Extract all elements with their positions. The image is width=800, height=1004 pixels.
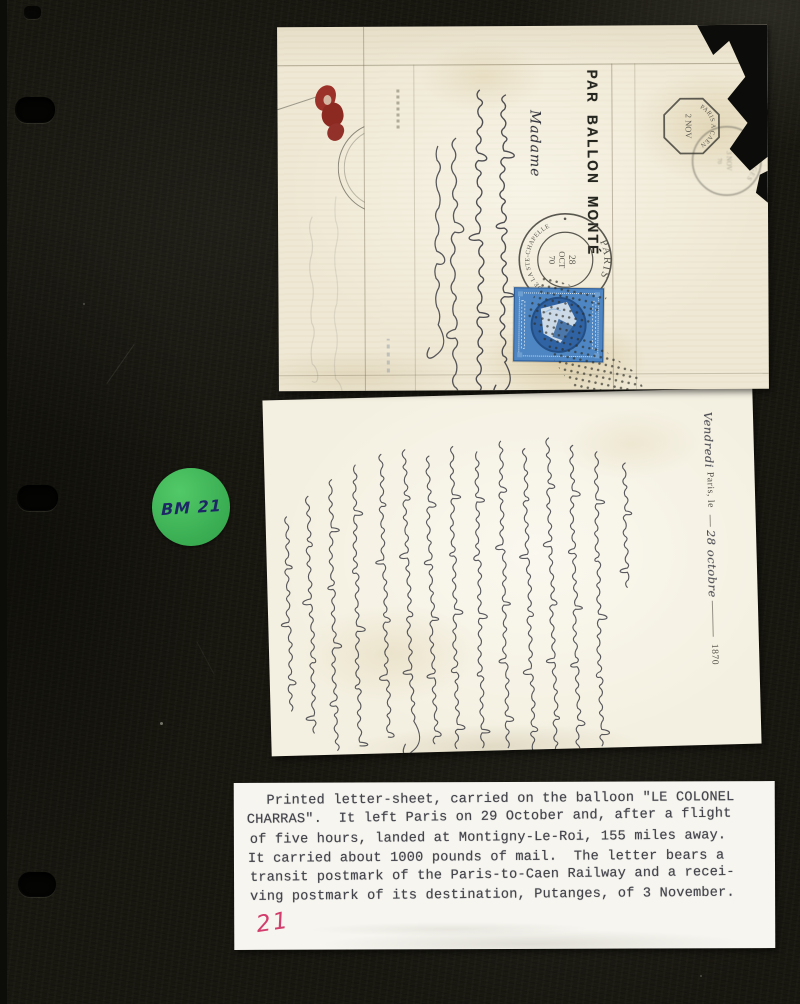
caption-line: ving postmark of its destination, Putang…: [250, 884, 775, 908]
dust-speck: [160, 722, 163, 725]
dust-speck: [83, 303, 85, 305]
binder-hole-top-partial: [24, 6, 41, 19]
sticker-label: BM 21: [161, 495, 222, 518]
arrival-year: 70: [716, 158, 722, 164]
dateline-day: Vendredi: [701, 412, 716, 469]
arrival-postmark: PUTANGES 3 NOV 70: [689, 123, 765, 199]
dateline-rule: [710, 515, 711, 527]
paris-cds-city: PARIS: [597, 238, 613, 281]
dateline-date: 28 octobre: [704, 530, 720, 598]
letter-address-side: PAR BALLON MONTÉ Madame PARIS R. DE LA S…: [277, 25, 769, 392]
page-left-edge: [0, 0, 7, 1004]
binder-hole: [15, 97, 55, 123]
item-number-handwritten: 21: [255, 907, 292, 937]
paris-cds-month: OCT: [557, 251, 567, 269]
dateline-rule: [712, 601, 714, 637]
caption-card: Printed letter-sheet, carried on the bal…: [234, 781, 776, 950]
paris-cds-year: 70: [547, 256, 557, 265]
address-salutation: Madame: [520, 110, 543, 210]
wax-seal: [315, 85, 349, 145]
letter-handwriting: [262, 388, 761, 757]
scratch-mark: [106, 344, 134, 384]
album-page-photo: Vendredi Paris, le 28 octobre 1870 PAR B…: [0, 0, 800, 1004]
dateline-printed-place: Paris, le: [704, 472, 715, 508]
arrival-town: PUTANGES: [745, 139, 759, 182]
dateline-printed-year: 1870: [709, 644, 720, 666]
scratch-mark: [197, 642, 215, 674]
binder-hole: [18, 872, 56, 897]
arrival-date: 3 NOV: [725, 151, 732, 171]
svg-text:PARIS: PARIS: [597, 238, 613, 281]
dust-speck: [700, 975, 702, 977]
svg-text:PUTANGES: PUTANGES: [745, 139, 759, 182]
paris-cds-day: 28: [566, 255, 576, 265]
binder-hole: [17, 485, 58, 511]
sticker-bm-number: BM 21: [152, 468, 230, 546]
letter-text-side: Vendredi Paris, le 28 octobre 1870: [262, 388, 761, 757]
